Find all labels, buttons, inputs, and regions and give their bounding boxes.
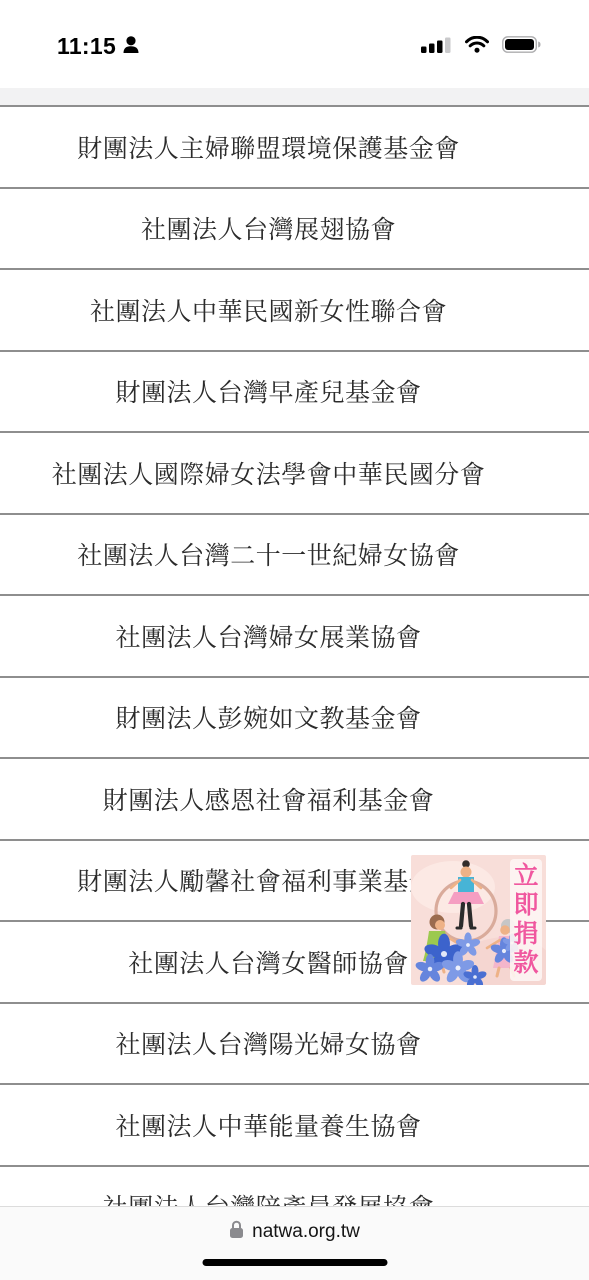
org-list-item[interactable]: 社團法人台灣陽光婦女協會 — [0, 1004, 589, 1086]
org-list-item[interactable]: 社團法人台灣展翅協會 — [0, 189, 589, 271]
organization-list: 財團法人主婦聯盟環境保護基金會 社團法人台灣展翅協會 社團法人中華民國新女性聯合… — [0, 105, 589, 1248]
org-list-item[interactable]: 社團法人台灣婦女展業協會 — [0, 596, 589, 678]
org-list-item[interactable]: 社團法人台灣二十一世紀婦女協會 — [0, 515, 589, 597]
battery-icon — [502, 36, 542, 58]
lock-icon — [229, 1220, 244, 1244]
org-list-item[interactable]: 財團法人台灣早產兒基金會 — [0, 352, 589, 434]
org-list-item[interactable]: 社團法人中華能量養生協會 — [0, 1085, 589, 1167]
donate-now-badge[interactable]: 立 即 捐 款 — [411, 855, 546, 985]
person-icon — [123, 36, 139, 58]
cellular-signal-icon — [421, 37, 452, 58]
status-bar: 11:15 — [0, 0, 589, 88]
wifi-icon — [465, 36, 489, 58]
safari-bottom-bar: natwa.org.tw — [0, 1206, 589, 1280]
clock: 11:15 — [57, 33, 116, 60]
org-list-item[interactable]: 財團法人彭婉如文教基金會 — [0, 678, 589, 760]
home-indicator[interactable] — [202, 1259, 387, 1266]
org-list-item[interactable]: 社團法人國際婦女法學會中華民國分會 — [0, 433, 589, 515]
donate-now-label: 立 即 捐 款 — [511, 861, 541, 979]
org-list-item[interactable]: 社團法人中華民國新女性聯合會 — [0, 270, 589, 352]
org-list-item[interactable]: 財團法人主婦聯盟環境保護基金會 — [0, 107, 589, 189]
address-bar[interactable]: natwa.org.tw — [0, 1220, 589, 1244]
collapsed-toolbar-band — [0, 88, 589, 105]
phone-screen: 11:15 — [0, 0, 589, 1280]
url-domain: natwa.org.tw — [252, 1221, 360, 1243]
org-list-item[interactable]: 財團法人感恩社會福利基金會 — [0, 759, 589, 841]
